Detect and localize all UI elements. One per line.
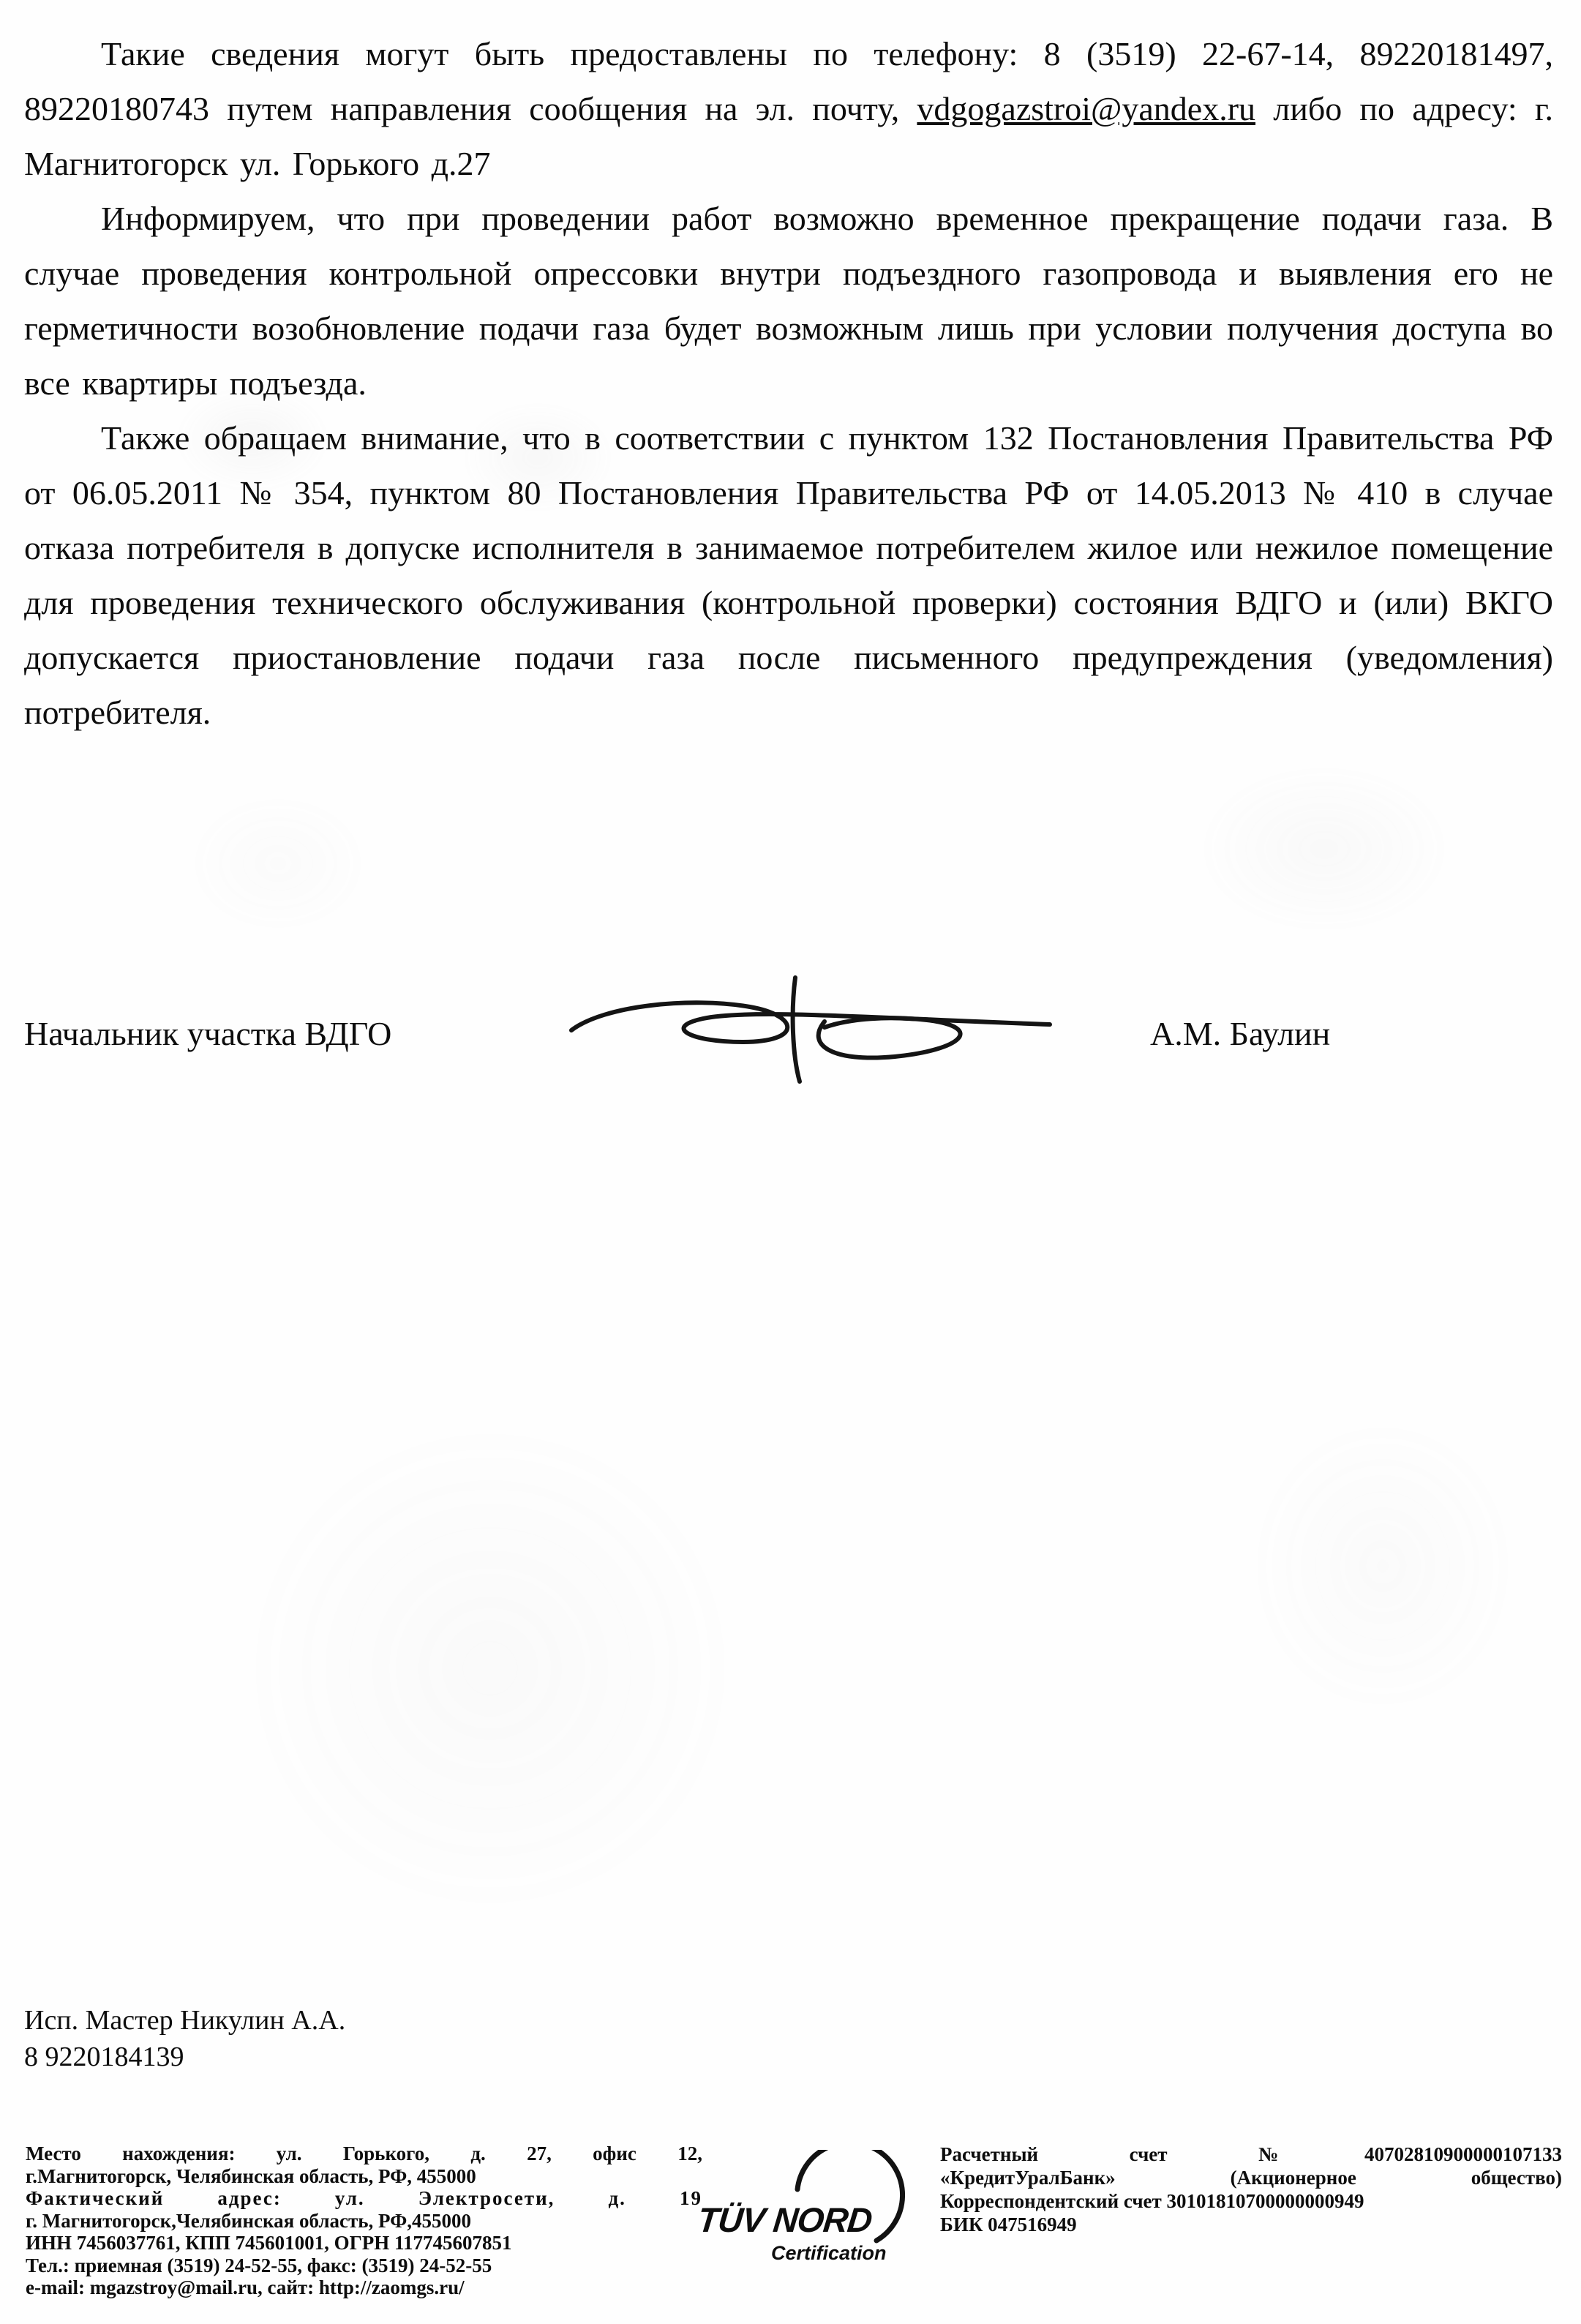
paragraph-gas-interruption: Информируем, что при проведении работ во… — [24, 191, 1553, 411]
footer-bank-name: «КредитУралБанк» (Акционерное общество) — [940, 2166, 1562, 2189]
footer-address-line: г.Магнитогорск, Челябинская область, РФ,… — [26, 2165, 702, 2188]
footer-bank-bik: БИК 047516949 — [940, 2213, 1562, 2236]
footer-bank-account: Расчетный счет №40702810900000107133 — [940, 2143, 1562, 2166]
scan-smudge — [1193, 761, 1456, 937]
scan-smudge — [1244, 1412, 1522, 1720]
paragraph-contact-info: Такие сведения могут быть предоставлены … — [24, 26, 1553, 191]
footer-company-ids: ИНН 7456037761, КПП 745601001, ОГРН 1177… — [26, 2232, 702, 2254]
executor-phone: 8 9220184139 — [24, 2039, 345, 2075]
executor-block: Исп. Мастер Никулин А.А. 8 9220184139 — [24, 2002, 345, 2075]
footer-email-site: e-mail: mgazstroy@mail.ru, сайт: http://… — [26, 2276, 702, 2299]
scan-smudge — [234, 1412, 746, 1924]
executor-name: Исп. Мастер Никулин А.А. — [24, 2002, 345, 2039]
footer-bank-block: Расчетный счет №40702810900000107133 «Кр… — [940, 2143, 1562, 2236]
signatory-name: А.М. Баулин — [1150, 1014, 1330, 1053]
footer-bank-corr-account: Корреспондентский счет 30101810700000000… — [940, 2189, 1562, 2213]
signatory-position-title: Начальник участка ВДГО — [24, 1014, 391, 1053]
tuv-nord-brand-text: TÜV NORD — [696, 2200, 874, 2240]
scan-smudge — [183, 790, 373, 937]
footer-address-line: Фактический адрес: ул. Электросети, д. 1… — [26, 2187, 702, 2210]
footer-phone-fax: Тел.: приемная (3519) 24-52-55, факс: (3… — [26, 2254, 702, 2277]
handwritten-signature-icon — [567, 973, 1054, 1087]
email-link: vdgogazstroi@yandex.ru — [917, 90, 1255, 127]
footer-address-line: г. Магнитогорск,Челябинская область, РФ,… — [26, 2210, 702, 2233]
footer-address-line: Место нахождения: ул. Горького, д. 27, о… — [26, 2143, 702, 2165]
tuv-nord-logo: TÜV NORD Certification — [696, 2150, 923, 2274]
footer-address-block: Место нахождения: ул. Горького, д. 27, о… — [26, 2143, 702, 2299]
tuv-nord-certification-text: Certification — [771, 2242, 887, 2265]
scanned-letter-page: Такие сведения могут быть предоставлены … — [0, 0, 1581, 2324]
letter-body: Такие сведения могут быть предоставлены … — [24, 26, 1553, 740]
paragraph-legal-basis: Также обращаем внимание, что в соответст… — [24, 411, 1553, 740]
